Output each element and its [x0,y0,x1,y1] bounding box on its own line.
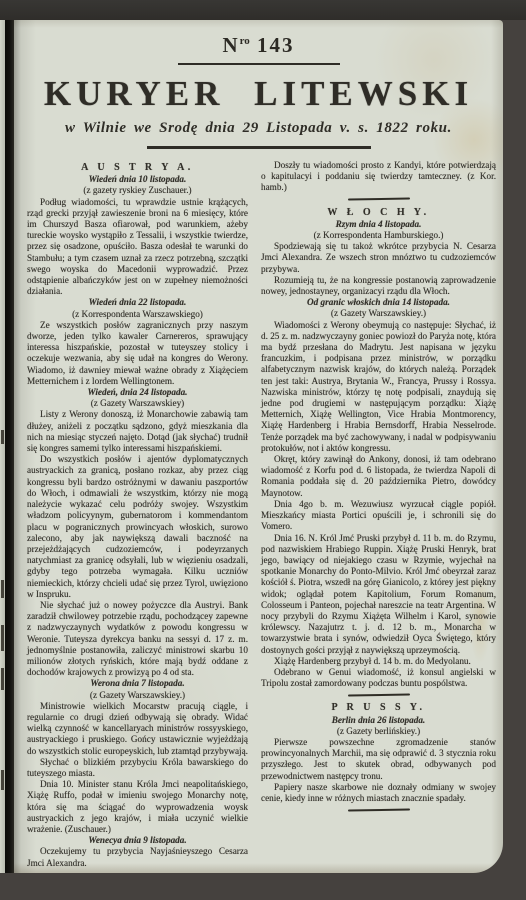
section-heading: P R U S S Y. [261,702,496,713]
paragraph: Dnia 4go b. m. Wezuwiusz wyrzucał ciągle… [261,499,496,533]
section-separator [261,804,496,815]
binding-shadow [5,20,14,873]
masthead-header: Nro 143 KURYER LITEWSKI w Wilnie we Srod… [14,33,503,149]
edge-text-fragment [1,430,4,444]
paragraph: Ze wszystkich posłów zagranicznych przy … [27,320,248,387]
edge-text-fragment [1,668,4,690]
paragraph: Oczekujemy tu przybycia Nayjaśnieyszego … [27,846,248,868]
masthead-title: KURYER LITEWSKI [14,74,503,114]
section-separator [261,194,496,205]
issue-number: Nro 143 [14,33,503,58]
article-source: (z Gazety berlińskiey.) [261,726,496,737]
paragraph: Ministrowie wielkich Mocarstw pracują ci… [27,701,248,757]
paragraph: Pierwsze powszechne zgromadzenie stanów … [261,737,496,782]
paragraph: Dnia 10. Minister stanu Króla Jmci neapo… [27,779,248,835]
article-source: (z gazety ryskiey Zuschauer.) [27,185,248,196]
edge-text-fragment [1,770,4,790]
paragraph: Podług wiadomości, tu wprawdzie ustnie k… [27,197,248,298]
article-source: (z Gazety Warszawskiey) [27,398,248,409]
column-left: A U S T R Y A.Wiedeń dnia 10 listopada.(… [27,160,248,869]
article-dateline: Wiedeń dnia 10 listopada. [27,174,248,185]
paragraph: Doszły tu wiadomości prosto z Kandyi, kt… [261,160,496,194]
paragraph: Odebrano w Genui wiadomość, iż konsul an… [261,667,496,689]
separator-rule [348,693,410,696]
paragraph: Dnia 16. N. Król Jmć Pruski przybył d. 1… [261,533,496,656]
separator-rule [348,808,410,811]
article-dateline: Rzym dnia 4 listopada. [261,219,496,230]
paragraph: Rozumieją tu, że na kongressie postanowi… [261,275,496,297]
article-dateline: Wenecya dnia 9 listopada. [27,835,248,846]
section-separator [261,689,496,700]
article-source: (z Gazety Warszawskiey.) [261,308,496,319]
paragraph: Nie słychać już o nowey pożyczce dla Aus… [27,600,248,678]
paragraph: Listy z Werony donoszą, iż Monarchowie z… [27,409,248,454]
article-source: (z Korrespondenta Warszawskiego) [27,309,248,320]
section-heading: W Ł O C H Y. [261,207,496,218]
article-dateline: Od granic włoskich dnia 14 listopada. [261,297,496,308]
edge-text-fragment [1,625,4,651]
paragraph: Xiążę Hardenberg przybył d. 14 b. m. do … [261,656,496,667]
issue-number-superscript: ro [240,35,250,47]
paragraph: Okręt, który zawinął do Ankony, donosi, … [261,454,496,499]
article-dateline: Werona dnia 7 listopada. [27,678,248,689]
article-dateline: Berlin dnia 26 listopada. [261,715,496,726]
separator-rule [348,198,410,201]
scanned-newspaper-page: Nro 143 KURYER LITEWSKI w Wilnie we Srod… [0,0,526,900]
article-dateline: Wiedeń, dnia 24 listopada. [27,387,248,398]
issue-dateline: w Wilnie we Srodę dnia 29 Listopada v. s… [14,120,503,137]
newspaper-front-page: Nro 143 KURYER LITEWSKI w Wilnie we Srod… [14,20,503,873]
edge-text-fragment [1,580,4,598]
article-source: (z Korrespondenta Hamburskiego.) [261,230,496,241]
paragraph: Papiery nasze skarbowe nie doznały odmia… [261,782,496,804]
paragraph: Słychać o blizkiém przybyciu Króla bawar… [27,757,248,779]
article-columns: A U S T R Y A.Wiedeń dnia 10 listopada.(… [14,149,503,869]
paragraph: Wiadomości z Werony obeymują co następuj… [261,320,496,454]
scan-background-top [0,0,526,20]
issue-number-rule [178,63,340,65]
article-dateline: Wiedeń dnia 22 listopada. [27,297,248,308]
section-heading: A U S T R Y A. [27,162,248,173]
article-source: (z Gazety Warszawskiey.) [27,690,248,701]
paragraph: Do wszystkich posłów i ajentów dyplomaty… [27,454,248,600]
paragraph: Spodziewają się tu takoż wkrótce przybyc… [261,241,496,275]
column-right: Doszły tu wiadomości prosto z Kandyi, kt… [261,160,496,869]
